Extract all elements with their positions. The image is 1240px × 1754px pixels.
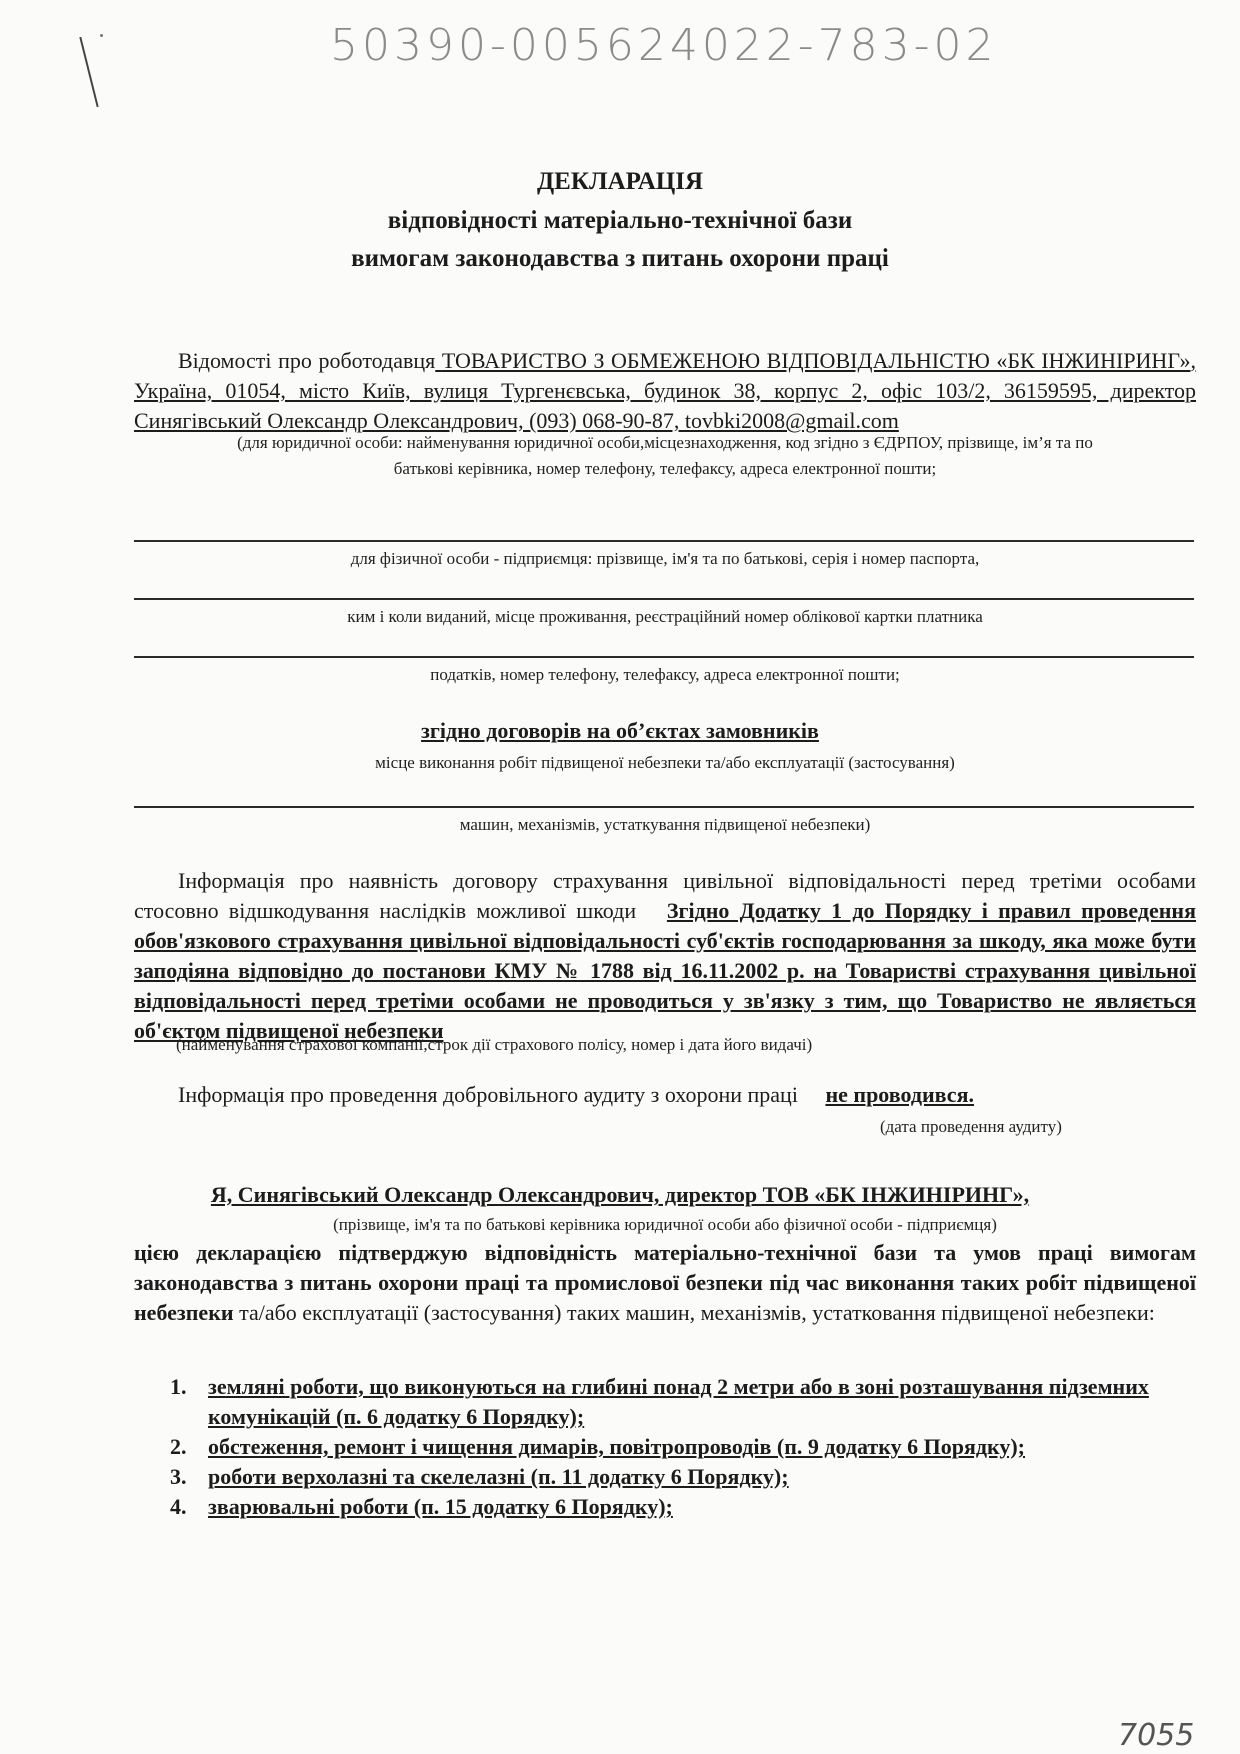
handwritten-mark — [79, 37, 98, 107]
audit-label: Інформація про проведення добровільного … — [178, 1082, 798, 1107]
individual-caption-3: податків, номер телефону, телефаксу, адр… — [134, 660, 1196, 690]
work-location-caption-1: місце виконання робіт підвищеної небезпе… — [134, 748, 1196, 778]
blank-line-2 — [134, 598, 1194, 600]
blank-line-4 — [134, 806, 1194, 808]
audit-info: Інформація про проведення добровільного … — [134, 1080, 1196, 1110]
handwritten-dot — [100, 34, 103, 37]
title-line-1: ДЕКЛАРАЦІЯ — [0, 162, 1240, 202]
insurance-info: Інформація про наявність договору страху… — [134, 866, 1196, 1046]
employer-label: Відомості про роботодавця — [178, 348, 435, 373]
audit-value: не проводився. — [825, 1082, 974, 1107]
employer-company: ТОВАРИСТВО З ОБМЕЖЕНОЮ ВІДПОВІДАЛЬНІСТЮ … — [435, 348, 1190, 373]
statement-rest: та/або експлуатації (застосування) таких… — [234, 1300, 1155, 1325]
declarant-caption: (прізвище, ім'я та по батькові керівника… — [134, 1210, 1196, 1240]
individual-caption-2: ким і коли виданий, місце проживання, ре… — [134, 602, 1196, 632]
employer-info: Відомості про роботодавця ТОВАРИСТВО З О… — [134, 346, 1196, 436]
individual-caption-1: для фізичної особи - підприємця: прізвищ… — [134, 544, 1196, 574]
audit-caption: (дата проведення аудиту) — [880, 1112, 1180, 1142]
work-location-caption-2: машин, механізмів, устаткування підвищен… — [134, 810, 1196, 840]
list-item: 1.земляні роботи, що виконуються на глиб… — [170, 1372, 1200, 1432]
work-location-value: згідно договорів на об’єктах замовників — [0, 718, 1240, 744]
insurance-caption: (найменування страхової компанії,строк д… — [176, 1030, 1238, 1060]
title-line-3: вимогам законодавства з питань охорони п… — [0, 240, 1240, 278]
blank-line-3 — [134, 656, 1194, 658]
document-title: ДЕКЛАРАЦІЯ відповідності матеріально-тех… — [0, 162, 1240, 278]
list-item: 3.роботи верхолазні та скелелазні (п. 11… — [170, 1462, 1200, 1492]
registration-number: 50390-005624022-783-02 — [330, 20, 998, 71]
works-list: 1.земляні роботи, що виконуються на глиб… — [170, 1372, 1200, 1522]
page-mark: 7055 — [1118, 1718, 1194, 1753]
list-item: 4.зварювальні роботи (п. 15 додатку 6 По… — [170, 1492, 1200, 1522]
employer-caption-2: батькові керівника, номер телефону, теле… — [134, 454, 1196, 484]
list-item: 2.обстеження, ремонт і чищення димарів, … — [170, 1432, 1200, 1462]
title-line-2: відповідності матеріально-технічної бази — [0, 202, 1240, 240]
blank-line-1 — [134, 540, 1194, 542]
declaration-statement: цією декларацією підтверджую відповідніс… — [134, 1238, 1196, 1328]
declarant-value: Я, Синягівський Олександр Олександрович,… — [0, 1182, 1240, 1208]
